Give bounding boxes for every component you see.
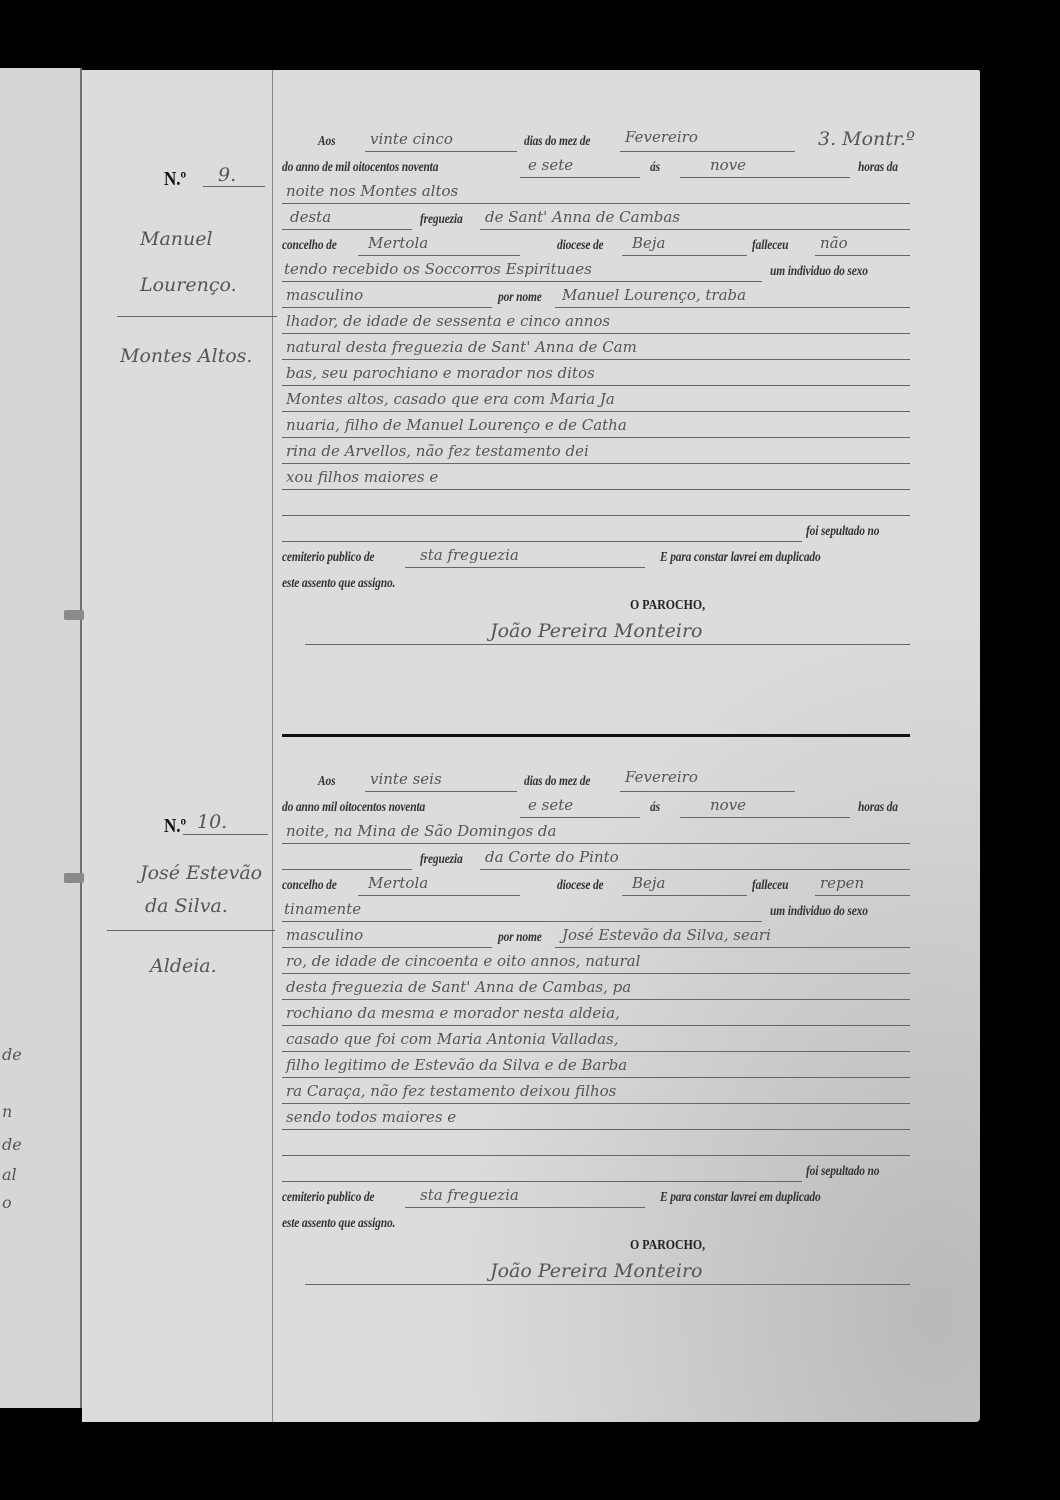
underline — [620, 151, 795, 152]
underline — [282, 869, 412, 870]
underline — [282, 411, 910, 412]
nome-label: por nome — [498, 930, 542, 946]
year-value: e sete — [528, 156, 573, 174]
margin-name-line2: da Silva. — [145, 895, 228, 917]
margin-place: Montes Altos. — [120, 345, 252, 367]
concelho-value: Mertola — [368, 874, 428, 892]
parocho-signature: João Pereira Monteiro — [490, 1260, 703, 1282]
narrative-line: xou filhos maiores e — [286, 468, 438, 486]
constar-label: E para constar lavrei em duplicado — [660, 550, 821, 566]
underline — [305, 644, 910, 645]
narrative-line: lhador, de idade de sessenta e cinco ann… — [286, 312, 610, 330]
cemiterio-value: sta freguezia — [420, 1186, 519, 1204]
place-line: noite nos Montes altos — [286, 182, 458, 200]
hour-value: nove — [710, 156, 746, 174]
underline — [815, 255, 910, 256]
underline — [305, 1284, 910, 1285]
underline — [282, 229, 412, 230]
diocese-value: Beja — [632, 874, 666, 892]
underline — [282, 947, 492, 948]
underline — [282, 1181, 802, 1182]
narrative-line: nuaria, filho de Manuel Lourenço e de Ca… — [286, 416, 627, 434]
margin-place: Aldeia. — [150, 955, 217, 977]
underline — [282, 489, 910, 490]
underline — [282, 1155, 910, 1156]
underline — [282, 1051, 910, 1052]
as-label: ás — [650, 160, 660, 176]
underline — [555, 947, 910, 948]
sepultado-label: foi sepultado no — [806, 1164, 879, 1180]
narrative-line: rina de Arvellos, não fez testamento dei — [286, 442, 589, 460]
month-value: Fevereiro — [625, 768, 698, 786]
margin-name-line1: Manuel — [140, 228, 213, 250]
falleceu-label: falleceu — [752, 238, 788, 254]
previous-page-edge — [0, 68, 82, 1408]
underline — [203, 186, 265, 187]
diocese-label: diocese de — [557, 878, 603, 894]
underline — [282, 921, 762, 922]
underline — [282, 437, 910, 438]
entry-number: 10. — [197, 811, 227, 833]
entry-separator — [282, 734, 910, 737]
underline — [555, 307, 910, 308]
underline — [282, 307, 492, 308]
parocho-signature: João Pereira Monteiro — [490, 620, 703, 642]
horas-label: horas da — [858, 800, 898, 816]
underline — [815, 895, 910, 896]
freguezia-value: de Sant' Anna de Cambas — [485, 208, 680, 226]
underline — [282, 203, 910, 204]
assento-label: este assento que assigno. — [282, 1216, 395, 1232]
nome-value: Manuel Lourenço, traba — [562, 286, 746, 304]
individuo-label: um individuo do sexo — [770, 264, 868, 280]
desta-value: desta — [290, 208, 331, 226]
header-note: 3. Montr.º — [818, 128, 915, 150]
underline — [282, 1077, 910, 1078]
prev-page-text: de — [2, 1045, 22, 1064]
day-value: vinte cinco — [370, 130, 453, 148]
as-label: ás — [650, 800, 660, 816]
entry-number-label: N.º — [164, 168, 186, 191]
narrative-line: bas, seu parochiano e morador nos ditos — [286, 364, 595, 382]
day-value: vinte seis — [370, 770, 442, 788]
entry-number: 9. — [218, 164, 236, 186]
underline — [680, 817, 850, 818]
margin-name-line1: José Estevão — [140, 862, 262, 884]
underline — [520, 817, 640, 818]
underline — [117, 316, 277, 317]
parocho-label: O PAROCHO, — [630, 1238, 705, 1254]
aos-label: Aos — [318, 774, 335, 790]
freguezia-label: freguezia — [420, 212, 463, 228]
narrative-line: casado que foi com Maria Antonia Vallada… — [286, 1030, 619, 1048]
anno-label: do anno mil oitocentos noventa — [282, 800, 425, 816]
cemiterio-label: cemiterio publico de — [282, 550, 374, 566]
sexo-value: masculino — [286, 926, 363, 944]
prev-page-text: de — [2, 1135, 22, 1154]
underline — [365, 791, 517, 792]
narrative-line: ra Caraça, não fez testamento deixou fil… — [286, 1082, 616, 1100]
nome-label: por nome — [498, 290, 542, 306]
underline — [622, 895, 747, 896]
underline — [282, 359, 910, 360]
aos-label: Aos — [318, 134, 335, 150]
narrative-line: rochiano da mesma e morador nesta aldeia… — [286, 1004, 620, 1022]
sexo-value: masculino — [286, 286, 363, 304]
underline — [282, 515, 910, 516]
year-value: e sete — [528, 796, 573, 814]
underline — [282, 1103, 910, 1104]
cemiterio-label: cemiterio publico de — [282, 1190, 374, 1206]
narrative-line: desta freguezia de Sant' Anna de Cambas,… — [286, 978, 631, 996]
underline — [405, 1207, 645, 1208]
underline — [282, 281, 762, 282]
underline — [282, 1025, 910, 1026]
narrative-line: natural desta freguezia de Sant' Anna de… — [286, 338, 637, 356]
underline — [365, 151, 517, 152]
month-value: Fevereiro — [625, 128, 698, 146]
freguezia-value: da Corte do Pinto — [485, 848, 619, 866]
underline — [358, 895, 520, 896]
falleceu-value: não — [820, 234, 848, 252]
diocese-value: Beja — [632, 234, 666, 252]
underline — [480, 869, 910, 870]
diocese-label: diocese de — [557, 238, 603, 254]
binding-clip — [64, 873, 84, 883]
underline — [282, 973, 910, 974]
underline — [282, 999, 910, 1000]
falleceu-label: falleceu — [752, 878, 788, 894]
prev-page-text: n — [2, 1102, 12, 1121]
constar-label: E para constar lavrei em duplicado — [660, 1190, 821, 1206]
place-line: noite, na Mina de São Domingos da — [286, 822, 556, 840]
underline — [358, 255, 520, 256]
underline — [282, 1129, 910, 1130]
narrative-line: sendo todos maiores e — [286, 1108, 456, 1126]
underline — [107, 930, 275, 931]
concelho-label: concelho de — [282, 238, 337, 254]
freguezia-label: freguezia — [420, 852, 463, 868]
anno-label: do anno de mil oitocentos noventa — [282, 160, 438, 176]
binding-clip — [64, 610, 84, 620]
underline — [183, 834, 268, 835]
underline — [282, 463, 910, 464]
nome-value: José Estevão da Silva, seari — [562, 926, 771, 944]
condition-line: tinamente — [284, 900, 361, 918]
underline — [282, 385, 910, 386]
margin-divider — [272, 70, 273, 1422]
concelho-label: concelho de — [282, 878, 337, 894]
underline — [480, 229, 910, 230]
margin-name-line2: Lourenço. — [140, 274, 237, 296]
narrative-line: ro, de idade de cincoenta e oito annos, … — [286, 952, 640, 970]
prev-page-text: al — [2, 1165, 17, 1184]
dias-label: dias do mez de — [524, 134, 590, 150]
underline — [622, 255, 747, 256]
underline — [405, 567, 645, 568]
assento-label: este assento que assigno. — [282, 576, 395, 592]
underline — [282, 333, 910, 334]
horas-label: horas da — [858, 160, 898, 176]
underline — [680, 177, 850, 178]
individuo-label: um individuo do sexo — [770, 904, 868, 920]
binding-line — [80, 68, 82, 1408]
dias-label: dias do mez de — [524, 774, 590, 790]
prev-page-text: o — [2, 1193, 12, 1212]
narrative-line: filho legitimo de Estevão da Silva e de … — [286, 1056, 627, 1074]
sepultado-label: foi sepultado no — [806, 524, 879, 540]
underline — [282, 843, 910, 844]
underline — [620, 791, 795, 792]
condition-line: tendo recebido os Soccorros Espirituaes — [284, 260, 592, 278]
parocho-label: O PAROCHO, — [630, 598, 705, 614]
narrative-line: Montes altos, casado que era com Maria J… — [286, 390, 615, 408]
underline — [520, 177, 640, 178]
falleceu-value: repen — [820, 874, 864, 892]
underline — [282, 541, 802, 542]
hour-value: nove — [710, 796, 746, 814]
concelho-value: Mertola — [368, 234, 428, 252]
cemiterio-value: sta freguezia — [420, 546, 519, 564]
